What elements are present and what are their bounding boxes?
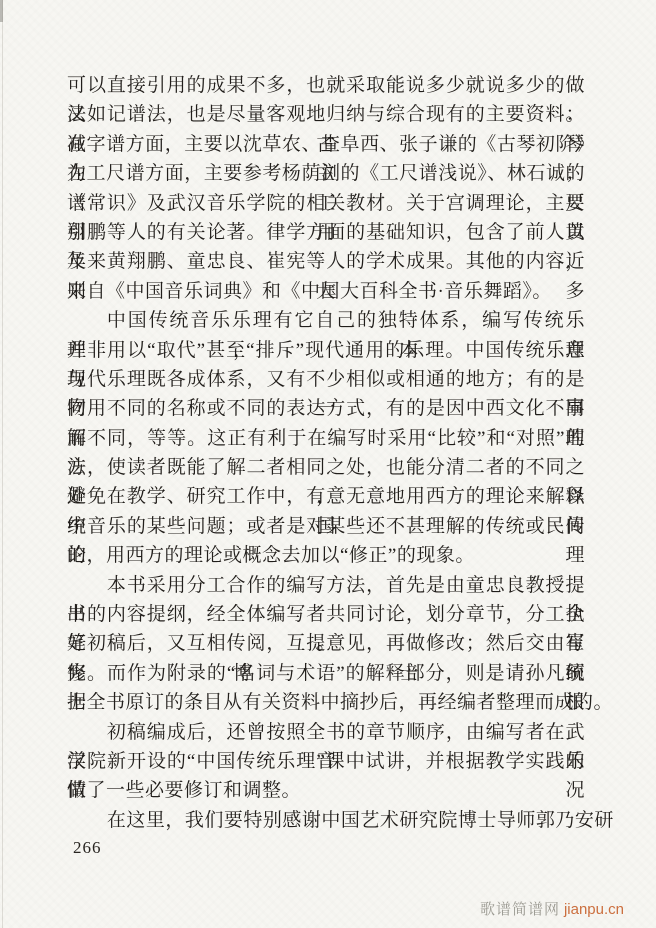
scan-corner-artifact (0, 0, 3, 22)
text-line: 中国传统音乐乐理有它自己的独特体系，编写传统乐理，本意 (67, 306, 585, 335)
watermark-site-url: jianpu.cn (564, 901, 624, 918)
text-line: 年来黄翔鹏、童忠良、崔宪等人的学术成果。其他的内容，则大多 (67, 247, 585, 276)
text-line: 来自《中国音乐词典》和《中国大百科全书·音乐舞蹈》。 (67, 277, 585, 306)
text-line: 现代乐理既各成体系，又有不少相似或相通的地方；有的是同一事 (67, 365, 585, 394)
body-text: 可以直接引用的成果不多，也就采取能说多少就说多少的做法。又如记谱法，也是尽量客观… (67, 71, 585, 835)
text-line: 在工尺谱方面，主要参考杨荫浏的《工尺谱浅说》、林石诚的《工尺 (67, 159, 585, 188)
text-line: 统音乐的某些问题；或者是对某些还不甚理解的传统或民间的理 (67, 512, 585, 541)
watermark-site-name: 歌谱简谱网 (480, 901, 560, 918)
text-line: 法，使读者既能了解二者相同之处，也能分清二者的不同之处，以 (67, 453, 585, 482)
text-line: 学院新开设的“中国传统乐理”课中试讲，并根据教学实践的情况 (67, 747, 585, 776)
book-page: 可以直接引用的成果不多，也就采取能说多少就说多少的做法。又如记谱法，也是尽量客观… (0, 0, 656, 928)
text-line: 书的内容提纲，经全体编写者共同讨论，划分章节，分工执笔。写 (67, 600, 585, 629)
text-line: 避免在教学、研究工作中，有意无意地用西方的理论来解释中国传 (67, 482, 585, 511)
text-line: 减字谱方面，主要以沈草农、查阜西、张子谦的《古琴初阶》为主； (67, 130, 585, 159)
text-line: 初稿编成后，还曾按照全书的章节顺序，由编写者在武汉音乐 (67, 718, 585, 747)
page-number: 266 (73, 838, 102, 858)
text-line: 物用不同的名称或不同的表达方式，有的是因中西文化不同而理 (67, 394, 585, 423)
text-line: 谱常识》及武汉音乐学院的相关教材。关于宫调理论，主要引用黄 (67, 189, 585, 218)
text-line: 据全书原订的条目从有关资料中摘抄后，再经编者整理而成的。 (67, 688, 585, 717)
scan-edge-artifact (2, 0, 3, 928)
text-line: 可以直接引用的成果不多，也就采取能说多少就说多少的做法。 (67, 71, 585, 100)
text-line: 翔鹏等人的有关论著。律学方面的基础知识，包含了前人以及近 (67, 218, 585, 247)
text-line: 解不同，等等。这正有利于在编写时采用“比较”和“对照”的方 (67, 424, 585, 453)
text-line: 好初稿后，又互相传阅，互提意见，再做修改；然后交由崔宪博士统 (67, 629, 585, 658)
text-line: 并非用以“取代”甚至“排斥”现代通用的乐理。中国传统乐理与 (67, 336, 585, 365)
watermark: 歌谱简谱网jianpu.cn (480, 898, 624, 919)
text-line: 又如记谱法，也是尽量客观地归纳与综合现有的主要资料：在古琴 (67, 100, 585, 129)
text-line: 修。而作为附录的“名词与术语”的解释部分，则是请孙凡硕士根 (67, 659, 585, 688)
text-line: 本书采用分工合作的编写方法，首先是由童忠良教授提出全 (67, 571, 585, 600)
text-line: 在这里，我们要特别感谢中国艺术研究院博士导师郭乃安研 (67, 806, 585, 835)
